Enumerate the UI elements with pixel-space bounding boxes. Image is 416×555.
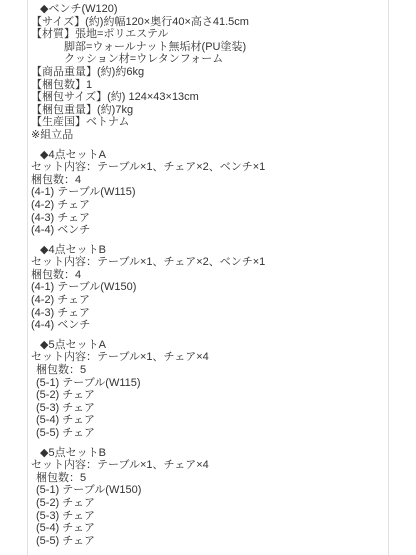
set-item-line: (5-3) チェア — [31, 510, 381, 523]
set-contents-line: セット内容：テーブル×1、チェア×2、ベンチ×1 — [31, 161, 381, 174]
set-5a-block: ◆5点セットA セット内容：テーブル×1、チェア×4 梱包数：5 (5-1) テ… — [31, 339, 381, 440]
set-4b-heading: ◆4点セットB — [31, 244, 381, 257]
spec-package-weight-line: 【梱包重量】(約)7kg — [31, 104, 381, 117]
set-item-line: (5-1) テーブル(W115) — [31, 377, 381, 390]
set-contents-line: セット内容：テーブル×1、チェア×4 — [31, 351, 381, 364]
set-item-line: (4-1) テーブル(W150) — [31, 281, 381, 294]
set-item-line: (5-2) チェア — [31, 389, 381, 402]
set-item-line: (4-3) チェア — [31, 212, 381, 225]
bench-spec-block: ◆ベンチ(W120) 【サイズ】(約)約幅120×奥行40×高さ41.5cm 【… — [31, 3, 381, 142]
spec-assembly-note-line: ※組立品 — [31, 129, 381, 142]
set-item-line: (4-2) チェア — [31, 294, 381, 307]
spec-package-count-line: 【梱包数】1 — [31, 79, 381, 92]
spec-package-size-line: 【梱包サイズ】(約) 124×43×13cm — [31, 91, 381, 104]
set-item-line: (4-3) チェア — [31, 307, 381, 320]
set-package-count-line: 梱包数：5 — [31, 364, 381, 377]
set-item-line: (5-4) チェア — [31, 414, 381, 427]
spec-size-line: 【サイズ】(約)約幅120×奥行40×高さ41.5cm — [31, 16, 381, 29]
set-item-line: (4-1) テーブル(W115) — [31, 186, 381, 199]
set-item-line: (5-2) チェア — [31, 497, 381, 510]
set-contents-line: セット内容：テーブル×1、チェア×4 — [31, 459, 381, 472]
left-divider — [27, 0, 28, 555]
set-item-line: (4-4) ベンチ — [31, 319, 381, 332]
bench-heading: ◆ベンチ(W120) — [31, 3, 381, 16]
spec-material-line: 【材質】張地=ポリエステル — [31, 28, 381, 41]
set-item-line: (5-1) テーブル(W150) — [31, 484, 381, 497]
right-divider — [388, 0, 389, 555]
set-4a-heading: ◆4点セットA — [31, 149, 381, 162]
set-5b-heading: ◆5点セットB — [31, 447, 381, 460]
set-item-line: (5-5) チェア — [31, 427, 381, 440]
product-spec-page: ◆ベンチ(W120) 【サイズ】(約)約幅120×奥行40×高さ41.5cm 【… — [0, 0, 416, 555]
set-5b-block: ◆5点セットB セット内容：テーブル×1、チェア×4 梱包数：5 (5-1) テ… — [31, 447, 381, 548]
set-item-line: (5-3) チェア — [31, 402, 381, 415]
set-item-line: (4-2) チェア — [31, 199, 381, 212]
set-5a-heading: ◆5点セットA — [31, 339, 381, 352]
spec-weight-line: 【商品重量】(約)約6kg — [31, 66, 381, 79]
set-4b-block: ◆4点セットB セット内容：テーブル×1、チェア×2、ベンチ×1 梱包数：4 (… — [31, 244, 381, 332]
set-package-count-line: 梱包数：4 — [31, 269, 381, 282]
spec-material-legs-line: 脚部=ウォールナット無垢材(PU塗装) — [31, 41, 381, 54]
set-package-count-line: 梱包数：4 — [31, 174, 381, 187]
set-item-line: (4-4) ベンチ — [31, 224, 381, 237]
set-item-line: (5-4) チェア — [31, 522, 381, 535]
set-item-line: (5-5) チェア — [31, 535, 381, 548]
set-contents-line: セット内容：テーブル×1、チェア×2、ベンチ×1 — [31, 256, 381, 269]
set-4a-block: ◆4点セットA セット内容：テーブル×1、チェア×2、ベンチ×1 梱包数：4 (… — [31, 149, 381, 237]
spec-material-cushion-line: クッション材=ウレタンフォーム — [31, 53, 381, 66]
product-spec-sheet: ◆ベンチ(W120) 【サイズ】(約)約幅120×奥行40×高さ41.5cm 【… — [31, 3, 381, 547]
set-package-count-line: 梱包数：5 — [31, 472, 381, 485]
spec-country-line: 【生産国】ベトナム — [31, 116, 381, 129]
